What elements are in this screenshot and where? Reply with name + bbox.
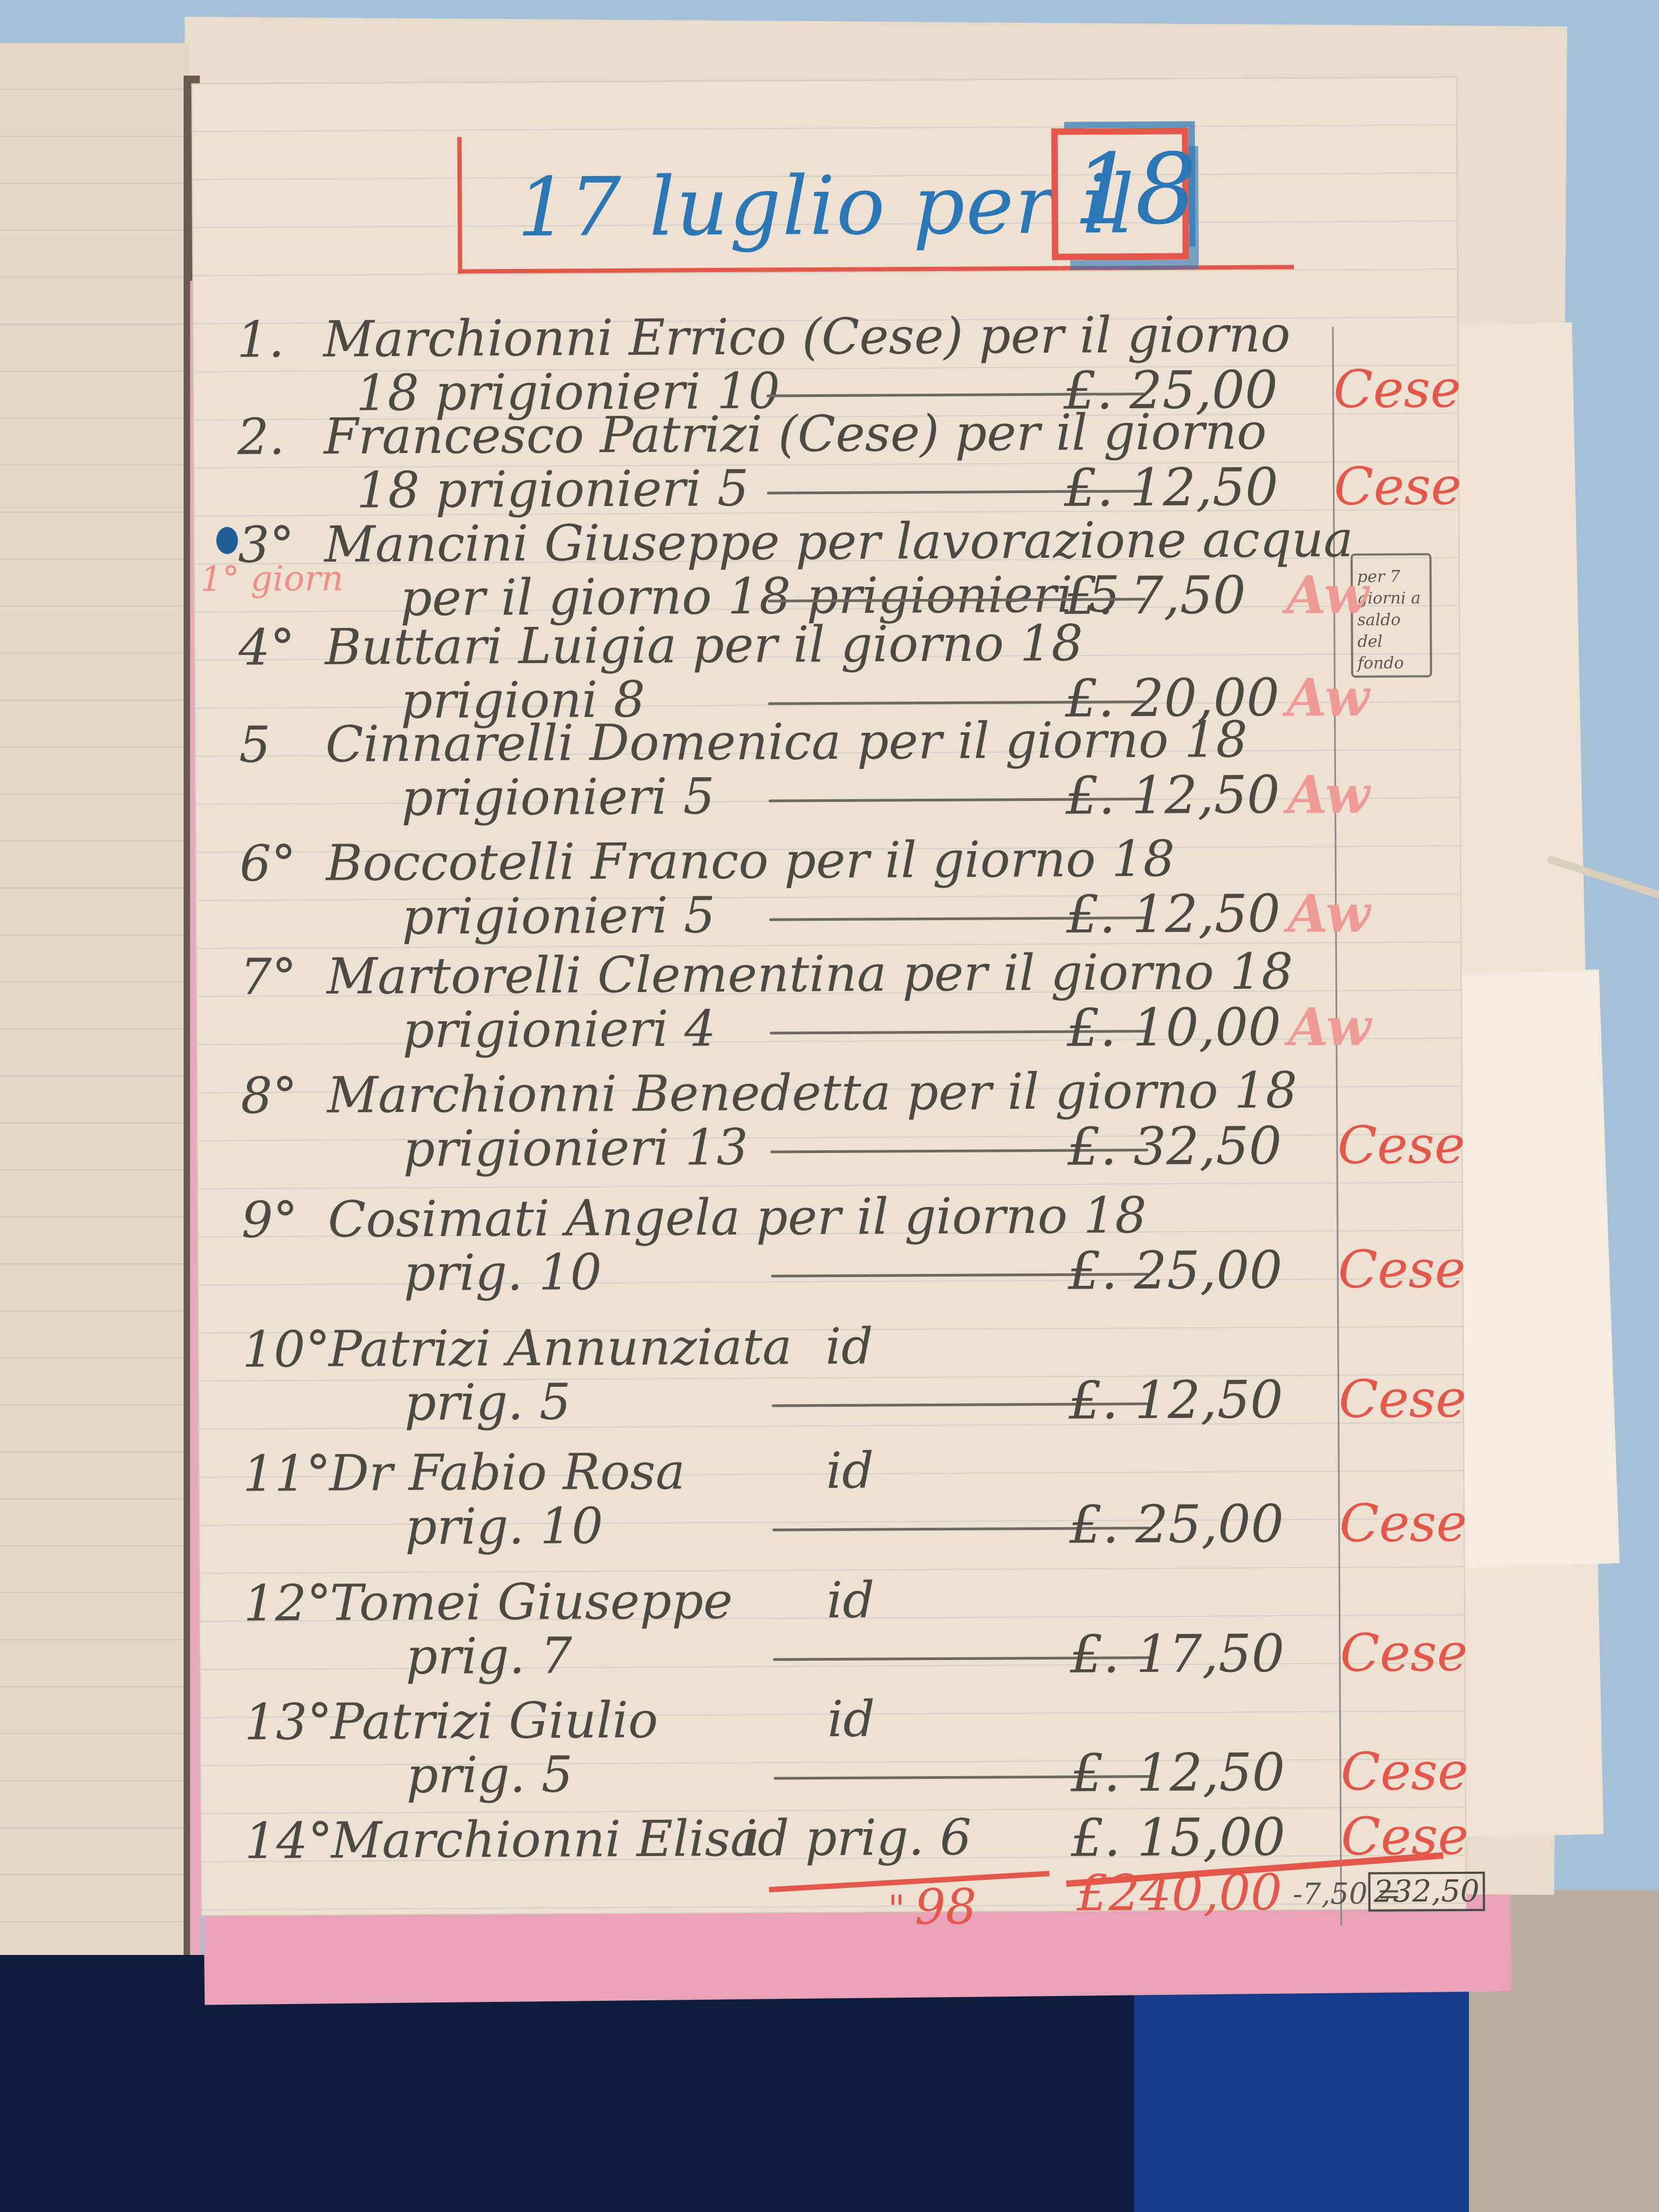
ledger-entry: 14°Marchionni Elisaid prig. 6£. 15,00Ces… bbox=[201, 1806, 1465, 1812]
idem-mark: id bbox=[827, 1690, 875, 1748]
entry-prisoners-line: prig. 10 bbox=[405, 1497, 603, 1556]
entry-number: 6° bbox=[239, 834, 296, 893]
entry-name-line: Dr Fabio Rosa bbox=[329, 1442, 685, 1502]
idem-mark: id bbox=[825, 1318, 873, 1375]
entry-name-line: Patrizi Giulio bbox=[331, 1691, 658, 1751]
entry-name-line: Francesco Patrizi (Cese) per il giorno bbox=[323, 403, 1266, 466]
entry-prisoners-line: prigionieri 5 bbox=[401, 767, 715, 827]
ledger-entry: 6°Boccotelli Franco per il giorno 18prig… bbox=[196, 828, 1460, 835]
entry-number: 12° bbox=[244, 1574, 332, 1633]
entry-name-line: Marchionni Benedetta per il giorno 18 bbox=[327, 1061, 1298, 1124]
ledger-entry: 9°Cosimati Angela per il giorno 18prig. … bbox=[198, 1185, 1462, 1191]
entry-amount: £. 17,50 bbox=[1070, 1623, 1285, 1685]
entry-amount: £. 7,50 bbox=[1064, 565, 1246, 626]
entry-margin-mark: Cese bbox=[1339, 1368, 1467, 1429]
left-page bbox=[0, 43, 189, 1955]
entry-prisoners-line: 18 prigionieri 5 bbox=[356, 460, 749, 520]
entry-number: 14° bbox=[245, 1812, 333, 1870]
entry-name-line: Boccotelli Franco per il giorno 18 bbox=[326, 830, 1175, 892]
ledger-entry: 10°Patrizi Annunziataidprig. 5£. 12,50Ce… bbox=[199, 1314, 1462, 1321]
entry-prisoners-line: prigionieri 5 bbox=[402, 886, 716, 946]
entry-margin-mark: Aw bbox=[1286, 564, 1369, 626]
entry-prisoners-line: prig. 5 bbox=[406, 1746, 573, 1805]
entry-name-line: Tomei Giuseppe bbox=[330, 1572, 733, 1632]
entry-name-line: Cinnarelli Domenica per il giorno 18 bbox=[325, 711, 1247, 773]
entry-prisoners-line: prig. 5 bbox=[404, 1373, 571, 1432]
entry-margin-mark: Cese bbox=[1334, 456, 1462, 517]
entry-amount: £. 12,50 bbox=[1069, 1370, 1284, 1431]
idem-mark: id bbox=[827, 1572, 875, 1629]
entry-amount: £. 10,00 bbox=[1067, 997, 1282, 1058]
idem-mark: id bbox=[826, 1442, 874, 1500]
day-number: 18 bbox=[1073, 133, 1197, 246]
entry-margin-mark: Cese bbox=[1340, 1741, 1468, 1802]
ditto-mark: " bbox=[888, 1887, 906, 1931]
entry-margin-mark: Cese bbox=[1340, 1622, 1468, 1683]
entry-number: 3° bbox=[238, 516, 294, 574]
entry-number: 11° bbox=[242, 1445, 331, 1503]
ledger-entry: 1.Marchionni Errico (Cese) per il giorno… bbox=[193, 305, 1457, 311]
ledger-entry: 8°Marchionni Benedetta per il giorno 18p… bbox=[198, 1061, 1461, 1067]
entry-name-line: Martorelli Clementina per il giorno 18 bbox=[327, 943, 1293, 1006]
entry-margin-mark: Cese bbox=[1339, 1493, 1467, 1554]
entry-amount: £. 25,00 bbox=[1069, 1494, 1284, 1555]
entry-name-line: Marchionni Errico (Cese) per il giorno bbox=[323, 306, 1291, 368]
entry-amount: £. 12,50 bbox=[1064, 457, 1279, 518]
entry-margin-mark: Cese bbox=[1337, 1115, 1465, 1176]
entry-margin-mark: Aw bbox=[1286, 667, 1370, 729]
ledger-entry: 11°Dr Fabio Rosaidprig. 10£. 25,00Cese bbox=[199, 1439, 1463, 1445]
entry-number: 13° bbox=[244, 1693, 333, 1751]
entry-prisoners-line: prig. 10 bbox=[403, 1243, 602, 1302]
ledger-entry: 7°Martorelli Clementina per il giorno 18… bbox=[197, 942, 1461, 948]
entry-margin-mark: Cese bbox=[1333, 359, 1461, 420]
blue-dot-marker bbox=[216, 527, 238, 554]
entry-number: 9° bbox=[241, 1191, 298, 1249]
entry-number: 2. bbox=[237, 408, 285, 466]
entry-number: 7° bbox=[240, 948, 297, 1006]
entry-number: 5 bbox=[239, 716, 271, 773]
entry-amount: £. 32,50 bbox=[1067, 1116, 1282, 1177]
entry-name-line: Cosimati Angela per il giorno 18 bbox=[328, 1186, 1147, 1249]
idem-mark: id prig. 6 bbox=[741, 1809, 972, 1867]
entry-margin-mark: Aw bbox=[1287, 883, 1371, 945]
entry-amount: £. 12,50 bbox=[1066, 884, 1281, 945]
ledger-entry: 12°Tomei Giuseppeidprig. 7£. 17,50Cese bbox=[200, 1568, 1464, 1575]
entry-margin-mark: Cese bbox=[1338, 1239, 1466, 1300]
total-underline-red bbox=[769, 1871, 1050, 1892]
entry-prisoners-line: prigionieri 13 bbox=[403, 1118, 748, 1178]
entry-amount: £. 12,50 bbox=[1065, 765, 1280, 826]
entry-number: 8° bbox=[241, 1067, 298, 1125]
entry-name-line: Buttari Luigia per il giorno 18 bbox=[325, 615, 1083, 676]
total-gross: £240,00 bbox=[1076, 1864, 1282, 1923]
ledger-entry: 13°Patrizi Giulioidprig. 5£. 12,50Cese bbox=[201, 1687, 1465, 1694]
total-net: 232,50 bbox=[1368, 1872, 1485, 1912]
entry-number: 10° bbox=[242, 1320, 331, 1379]
entry-amount: £. 12,50 bbox=[1070, 1742, 1285, 1804]
entry-name-line: Patrizi Annunziata bbox=[328, 1318, 792, 1378]
entry-number: 1. bbox=[237, 311, 284, 368]
entry-number: 4° bbox=[238, 618, 295, 677]
blue-chair bbox=[1134, 1966, 1469, 2212]
total-prisoners: 98 bbox=[915, 1879, 977, 1936]
entry-margin-mark: Aw bbox=[1288, 996, 1371, 1058]
entry-amount: £. 25,00 bbox=[1068, 1240, 1283, 1301]
entry-prisoners-line: prig. 7 bbox=[406, 1627, 572, 1686]
entry-amount: £. 15,00 bbox=[1071, 1807, 1286, 1869]
page-title: 17 luglio per il bbox=[517, 158, 1136, 255]
entry-name-line: Mancini Giuseppe per lavorazione acqua bbox=[324, 510, 1353, 574]
entry-prisoners-line: prigionieri 4 bbox=[402, 1000, 716, 1059]
ledger-page: 17 luglio per il 18 1° giorn per 7 giorn… bbox=[192, 78, 1466, 1915]
entry-name-line: Marchionni Elisa bbox=[331, 1810, 760, 1870]
entry-margin-mark: Aw bbox=[1287, 764, 1370, 826]
